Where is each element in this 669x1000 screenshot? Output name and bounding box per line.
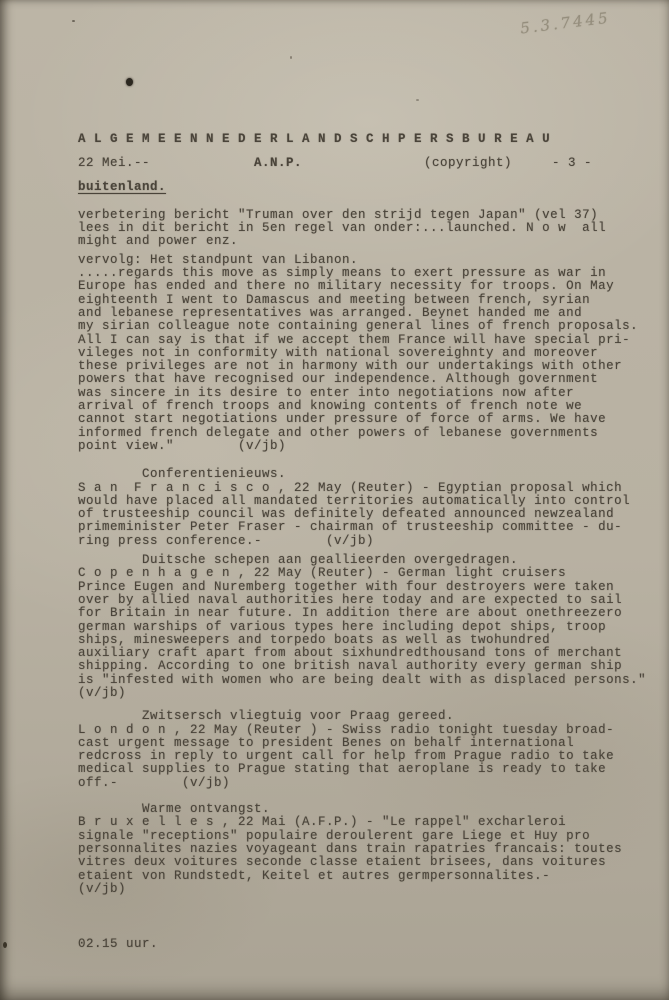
document-date: 22 Mei.--	[78, 157, 150, 170]
article-body: C o p e n h a g e n , 22 May (Reuter) - …	[78, 567, 631, 700]
handwritten-archive-number: 5.3.7445	[519, 9, 611, 38]
article-body: L o n d o n , 22 May (Reuter ) - Swiss r…	[78, 724, 631, 790]
document-page: 5.3.7445 A L G E M E E N N E D E R L A N…	[0, 0, 669, 1000]
article-body: B r u x e l l e s , 22 Mai (A.F.P.) - "L…	[78, 816, 631, 896]
page-number: - 3 -	[552, 157, 592, 170]
article-body: .....regards this move as simply means t…	[78, 267, 631, 453]
issue-time: 02.15 uur.	[78, 938, 631, 951]
punch-hole-mark	[126, 78, 133, 86]
paper-speck	[290, 56, 292, 59]
article-swiss-aeroplane: Zwitsersch vliegtuig voor Praag gereed. …	[78, 710, 631, 790]
article-conference-news: Conferentienieuws. S a n F r a n c i s c…	[78, 468, 631, 548]
dateline: 22 Mei.-- A.N.P. (copyright) - 3 -	[78, 157, 631, 170]
section-title: buitenland.	[78, 181, 631, 194]
correction-notice: verbetering bericht "Truman over den str…	[78, 209, 631, 249]
article-heading: Conferentienieuws.	[78, 468, 631, 481]
agency-abbreviation: A.N.P.	[254, 157, 302, 170]
paper-speck	[3, 942, 7, 948]
paper-speck	[72, 20, 75, 22]
article-heading: Zwitsersch vliegtuig voor Praag gereed.	[78, 710, 631, 723]
article-german-ships: Duitsche schepen aan geallieerden overge…	[78, 554, 631, 700]
agency-name: A L G E M E E N N E D E R L A N D S C H …	[78, 133, 631, 146]
copyright-note: (copyright)	[424, 157, 512, 170]
article-libanon: vervolg: Het standpunt van Libanon. ....…	[78, 254, 631, 453]
article-body: S a n F r a n c i s c o , 22 May (Reuter…	[78, 482, 631, 548]
article-warm-reception: Warme ontvangst. B r u x e l l e s , 22 …	[78, 803, 631, 896]
paper-speck	[416, 99, 419, 101]
